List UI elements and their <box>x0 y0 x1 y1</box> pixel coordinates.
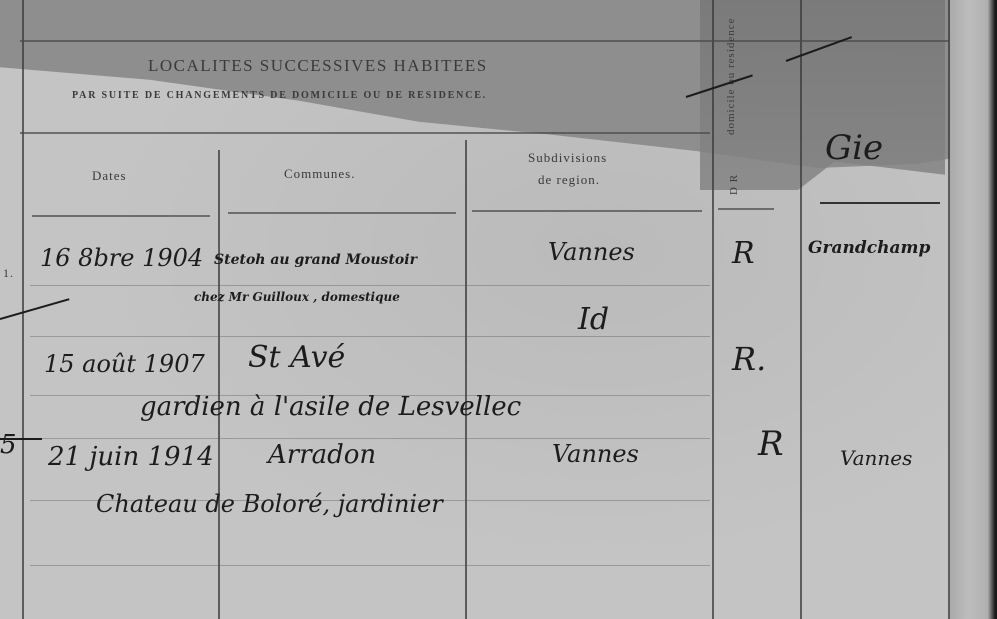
column-header-dr-vertical: domicile ou residence <box>725 17 737 135</box>
entry-2-subdivision: Id <box>578 302 609 337</box>
page-edge <box>950 0 997 619</box>
entry-1-date: 16 8bre 1904 <box>40 244 203 272</box>
row-rule <box>30 565 710 566</box>
section-title: LOCALITES SUCCESSIVES HABITEES <box>148 56 488 76</box>
dates-header-underline <box>32 215 210 217</box>
entry-3-dr: R <box>758 424 784 464</box>
column-header-subdivision: Subdivisions <box>528 150 607 166</box>
entry-1-commune: Stetoh au grand Moustoir <box>214 252 417 268</box>
row-rule <box>30 438 710 439</box>
margin-stroke <box>0 438 42 440</box>
header-rule <box>20 132 710 134</box>
column-header-dr: D R <box>728 174 740 195</box>
entry-3-date: 21 juin 1914 <box>48 442 214 472</box>
dates-col-rule <box>218 150 220 619</box>
entry-3-gie: Vannes <box>840 446 912 470</box>
communes-header-underline <box>228 212 456 214</box>
entry-1-dr: R <box>732 236 755 271</box>
column-header-subdivision-2: de region. <box>538 172 600 188</box>
gie-header-underline <box>820 202 940 204</box>
row-rule <box>30 285 710 286</box>
subdivision-header-underline <box>472 210 702 212</box>
dr-col-rule <box>800 0 802 619</box>
column-header-gie: Gie <box>825 128 883 168</box>
dr-header-underline <box>718 208 774 210</box>
margin-rule <box>22 0 24 619</box>
section-subtitle: PAR SUITE DE CHANGEMENTS DE DOMICILE OU … <box>72 90 487 101</box>
entry-3-commune: Arradon <box>268 440 376 470</box>
register-page: LOCALITES SUCCESSIVES HABITEES PAR SUITE… <box>0 0 997 619</box>
top-rule <box>20 40 950 42</box>
entry-1-gie: Grandchamp <box>808 238 930 258</box>
column-header-communes: Communes. <box>284 166 355 182</box>
entry-3-subdivision: Vannes <box>552 440 639 468</box>
entry-3-commune-detail: Chateau de Boloré, jardinier <box>96 490 443 518</box>
column-header-dates: Dates <box>92 168 127 184</box>
entry-1-subdivision: Vannes <box>548 238 635 266</box>
margin-mark: 1. <box>3 266 14 281</box>
subdivision-col-rule <box>712 0 714 619</box>
entry-1-commune-detail: chez Mr Guilloux , domestique <box>194 290 400 304</box>
margin-stroke <box>0 298 69 320</box>
margin-mark: 5 <box>0 430 17 460</box>
entry-2-dr: R. <box>732 340 766 378</box>
entry-2-date: 15 août 1907 <box>44 350 205 378</box>
communes-col-rule <box>465 140 467 619</box>
entry-2-commune-detail: gardien à l'asile de Lesvellec <box>140 392 521 422</box>
entry-2-commune: St Avé <box>248 340 345 375</box>
gie-col-rule <box>948 0 950 619</box>
